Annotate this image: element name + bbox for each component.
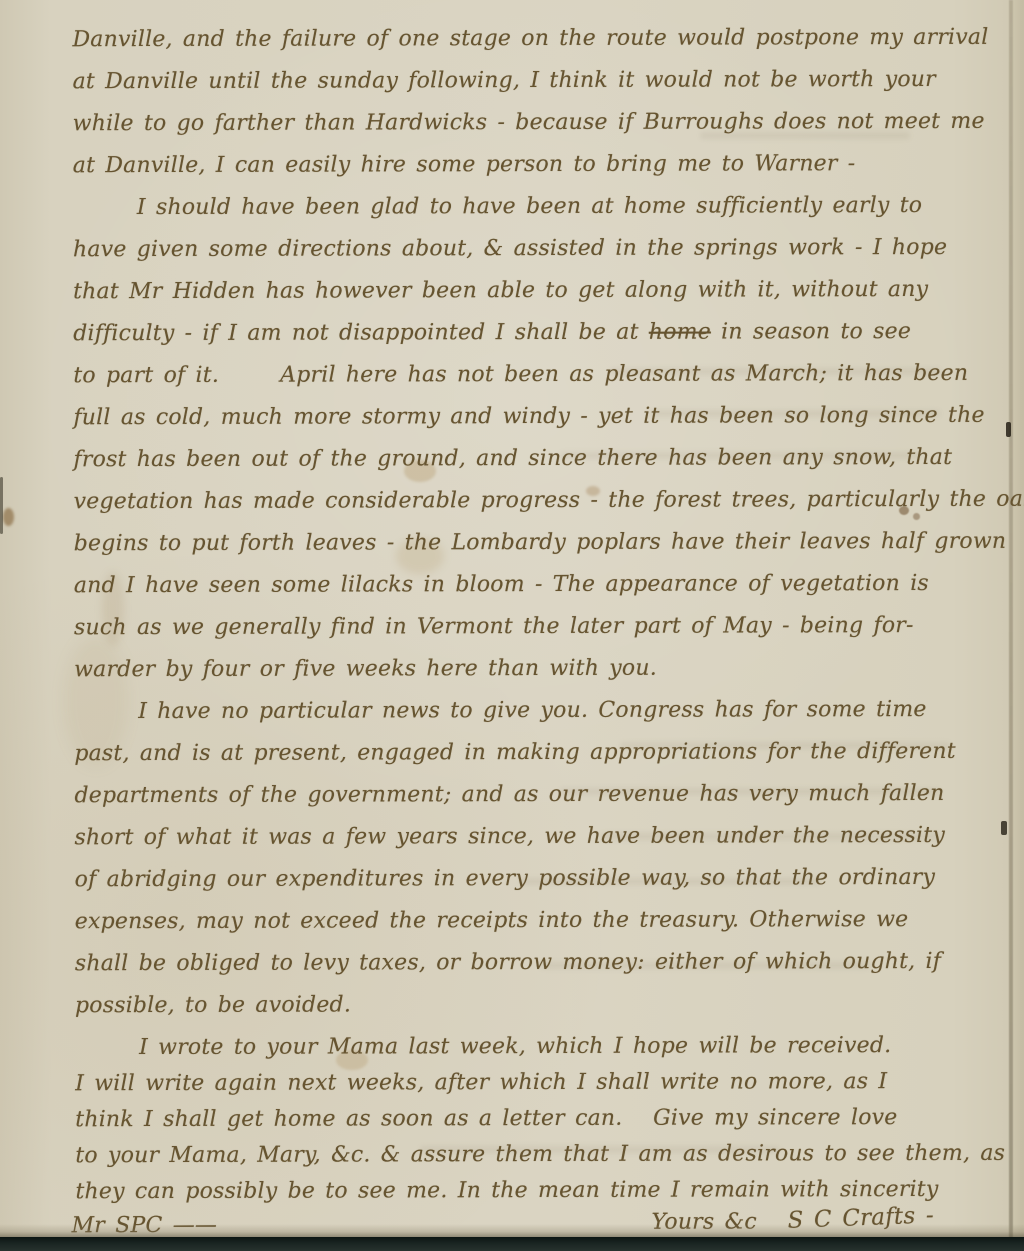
- foxing-stain: [3, 508, 14, 526]
- page-edge-shading: [1013, 0, 1024, 1239]
- letter-line: departments of the government; and as ou…: [74, 777, 1006, 821]
- letter-line: and I have seen some lilacks in bloom - …: [74, 567, 1006, 611]
- letter-line: frost has been out of the ground, and si…: [73, 441, 1005, 485]
- letter-line: vegetation has made considerable progres…: [74, 483, 1006, 527]
- letter-line-paragraph-start: I should have been glad to have been at …: [73, 189, 1005, 233]
- letter-line-paragraph-start: I have no particular news to give you. C…: [74, 693, 1006, 737]
- scan-edge-nick: [0, 477, 3, 534]
- letter-line: at Danville, I can easily hire some pers…: [73, 147, 1005, 191]
- letter-line: Danville, and the failure of one stage o…: [72, 21, 1004, 65]
- letter-line: to your Mama, Mary, &c. & assure them th…: [75, 1137, 1007, 1175]
- letter-line: warder by four or five weeks here than w…: [74, 651, 1006, 695]
- letter-body: Danville, and the failure of one stage o…: [72, 21, 1007, 1247]
- letter-line: have given some directions about, & assi…: [73, 231, 1005, 275]
- letter-line: think I shall get home as soon as a lett…: [75, 1101, 1007, 1139]
- scanned-letter-page: Danville, and the failure of one stage o…: [0, 0, 1024, 1251]
- struck-word: home: [649, 320, 711, 345]
- letter-line: I will write again next weeks, after whi…: [75, 1065, 1007, 1103]
- paper: Danville, and the failure of one stage o…: [0, 0, 1024, 1251]
- letter-line: that Mr Hidden has however been able to …: [73, 273, 1005, 317]
- letter-line: full as cold, much more stormy and windy…: [73, 399, 1005, 443]
- letter-line: begins to put forth leaves - the Lombard…: [74, 525, 1006, 569]
- letter-line: at Danville until the sunday following, …: [73, 63, 1005, 107]
- letter-line: of abridging our expenditures in every p…: [75, 861, 1007, 905]
- scanner-background-strip: [0, 1237, 1024, 1251]
- ink-mark: [1006, 422, 1011, 437]
- letter-line: difficulty - if I am not disappointed I …: [73, 315, 1005, 359]
- letter-line: possible, to be avoided.: [75, 987, 1007, 1031]
- paper-bottom-edge-shadow: [0, 1224, 1024, 1238]
- letter-line: such as we generally find in Vermont the…: [74, 609, 1006, 653]
- letter-line: short of what it was a few years since, …: [74, 819, 1006, 863]
- letter-line: while to go farther than Hardwicks - bec…: [73, 105, 1005, 149]
- letter-line: shall be obliged to levy taxes, or borro…: [75, 945, 1007, 989]
- letter-line: past, and is at present, engaged in maki…: [74, 735, 1006, 779]
- line-segment: in season to see: [711, 319, 911, 345]
- letter-line: to part of it. April here has not been a…: [73, 357, 1005, 401]
- line-segment: difficulty - if I am not disappointed I …: [73, 320, 649, 347]
- letter-line-paragraph-start: I wrote to your Mama last week, which I …: [75, 1029, 1007, 1067]
- letter-line: expenses, may not exceed the receipts in…: [75, 903, 1007, 947]
